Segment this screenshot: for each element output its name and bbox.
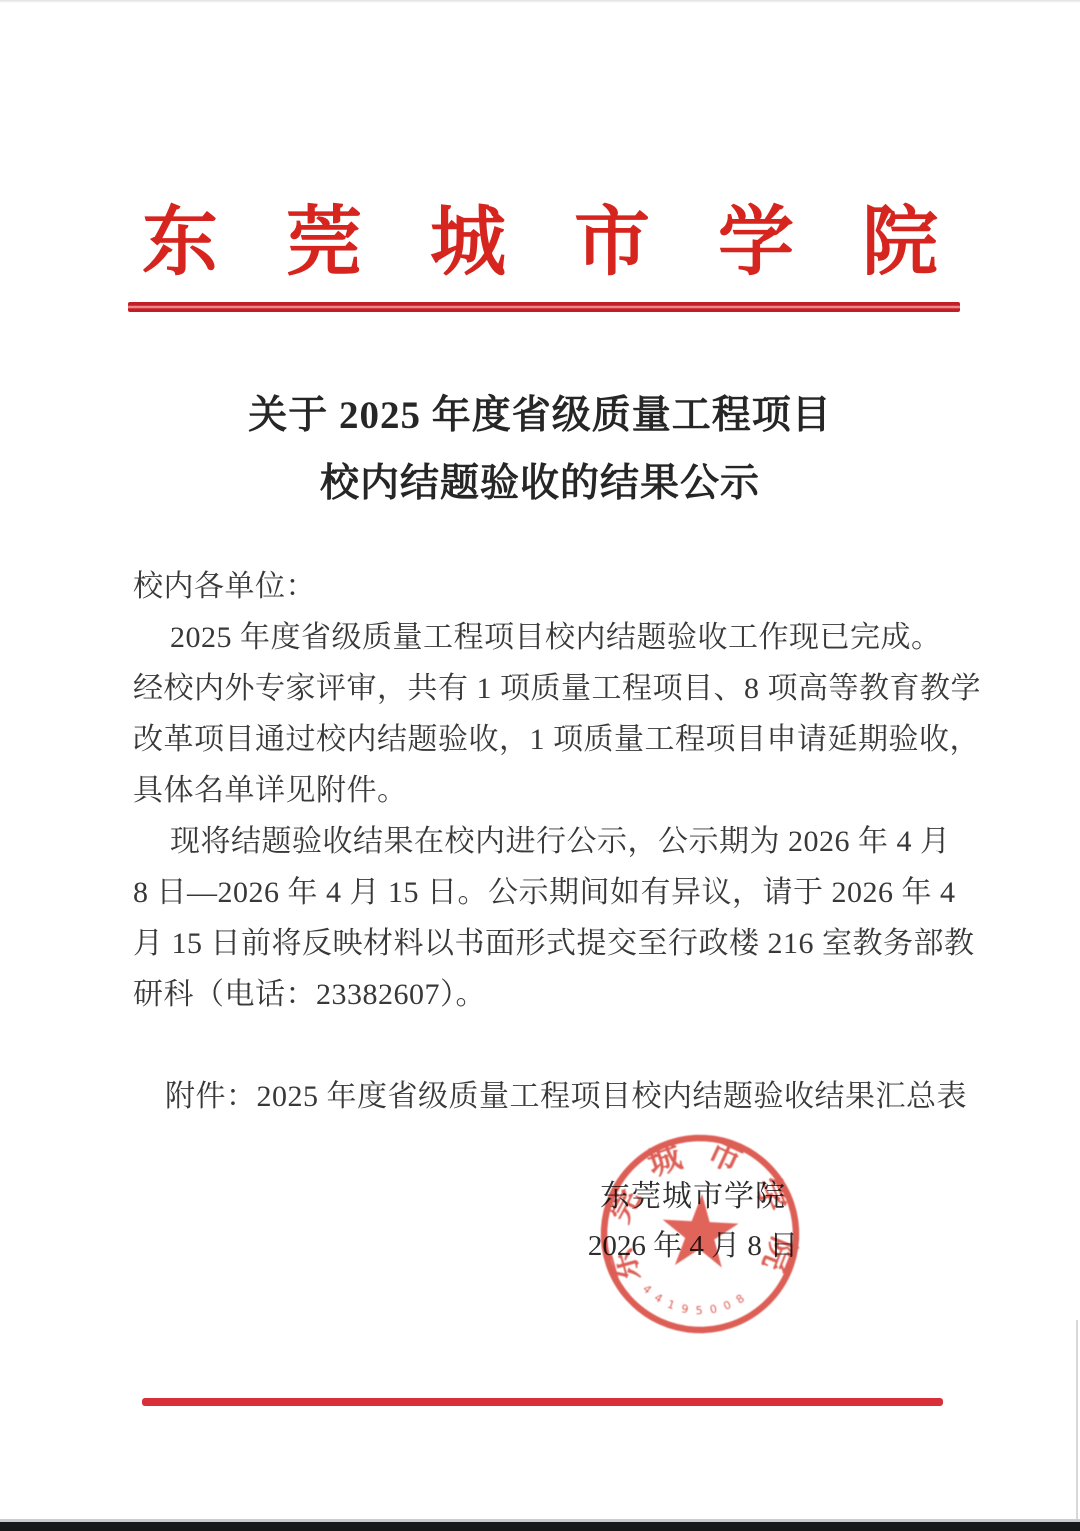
letterhead-divider	[128, 302, 960, 312]
body-line: 8 日—2026 年 4 月 15 日。公示期间如有异议，请于 2026 年 4	[133, 867, 963, 918]
letterhead-char: 莞	[286, 200, 362, 286]
body-line: 月 15 日前将反映材料以书面形式提交至行政楼 216 室教务部教	[133, 918, 963, 969]
photo-bottom-edge	[0, 1522, 1080, 1531]
document-page: 东 莞 城 市 学 院 关于 2025 年度省级质量工程项目 校内结题验收的结果…	[0, 0, 1080, 1531]
document-body: 校内各单位： 2025 年度省级质量工程项目校内结题验收工作现已完成。 经校内外…	[133, 561, 963, 1020]
title-line-1: 关于 2025 年度省级质量工程项目	[0, 382, 1080, 450]
attachment-line: 附件：2025 年度省级质量工程项目校内结题验收结果汇总表	[165, 1071, 967, 1122]
title-line-2: 校内结题验收的结果公示	[0, 450, 1080, 518]
seal-star-icon	[660, 1192, 740, 1268]
letterhead-char: 市	[574, 200, 650, 286]
letterhead-char: 城	[430, 200, 506, 286]
seal-code: 44195008	[639, 1282, 754, 1320]
letterhead-char: 学	[718, 200, 794, 286]
footer-divider	[142, 1398, 943, 1406]
photo-right-edge	[1076, 1320, 1078, 1520]
body-line: 校内各单位：	[133, 561, 963, 612]
body-line: 2025 年度省级质量工程项目校内结题验收工作现已完成。	[133, 612, 963, 663]
photo-top-edge	[0, 0, 1080, 3]
official-seal-stamp: 东莞城市学院 44195008	[592, 1126, 808, 1342]
body-line: 现将结题验收结果在校内进行公示，公示期为 2026 年 4 月	[133, 816, 963, 867]
body-line: 研科（电话：23382607）。	[133, 969, 963, 1020]
letterhead: 东 莞 城 市 学 院	[142, 200, 938, 286]
body-line: 改革项目通过校内结题验收，1 项质量工程项目申请延期验收，	[133, 714, 963, 765]
document-title: 关于 2025 年度省级质量工程项目 校内结题验收的结果公示	[0, 382, 1080, 518]
body-line: 经校内外专家评审，共有 1 项质量工程项目、8 项高等教育教学	[133, 663, 963, 714]
letterhead-char: 东	[142, 200, 218, 286]
body-line: 具体名单详见附件。	[133, 765, 963, 816]
letterhead-char: 院	[862, 200, 938, 286]
